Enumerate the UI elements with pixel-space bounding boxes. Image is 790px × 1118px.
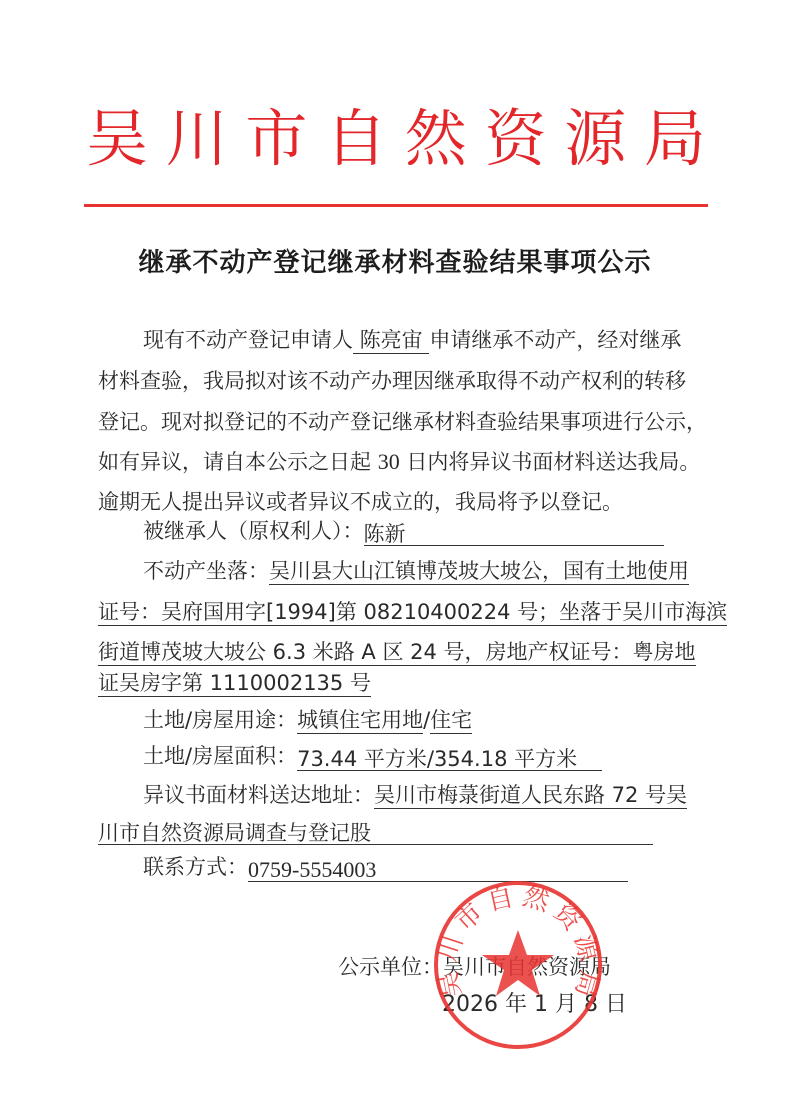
intro-line-5: 逾期无人提出异议或者异议不成立的，我局将予以登记。: [98, 487, 623, 517]
location-row-1: 不动产坐落：吴川县大山江镇博茂坡大坡公，国有土地使用: [143, 556, 689, 586]
publisher-row: 公示单位：吴川市自然资源局: [338, 952, 611, 982]
location-value-line: 证号：吴府国用字[1994]第 08210400224 号；坐落于吴川市海滨: [98, 600, 727, 626]
agency-masthead: 吴 川 市 自 然 资 源 局: [84, 98, 708, 180]
contact-value-field: 0759-5554003: [248, 855, 628, 882]
publish-date: 2026 年 1 月 8 日: [442, 990, 627, 1020]
area-row: 土地/房屋面积：73.44 平方米/354.18 平方米: [143, 741, 602, 771]
objection-address-row-2: 川市自然资源局调查与登记股: [98, 815, 653, 845]
decedent-value: 陈新: [364, 522, 406, 546]
location-value-line: 吴川县大山江镇博茂坡大坡公，国有土地使用: [269, 559, 689, 585]
masthead-char: 自: [323, 98, 389, 180]
intro-line-4: 如有异议，请自本公示之日起 30 日内将异议书面材料送达我局。: [98, 447, 700, 477]
masthead-char: 市: [243, 98, 309, 180]
decedent-row: 被继承人（原权利人）： 陈新: [143, 516, 664, 546]
objection-address-label: 异议书面材料送达地址：: [143, 783, 374, 807]
decedent-value-field: 陈新: [364, 519, 664, 546]
objection-address-value: 吴川市梅菉街道人民东路 72 号吴: [374, 783, 687, 809]
publisher-label: 公示单位：: [338, 955, 443, 979]
intro-text: 申请继承不动产，经对继承: [429, 328, 681, 352]
location-row-2: 证号：吴府国用字[1994]第 08210400224 号；坐落于吴川市海滨: [98, 597, 727, 627]
svg-text:吴川市自然资源局: 吴川市自然资源局: [432, 881, 605, 1006]
location-value-line: 证吴房字第 1110002135 号: [98, 671, 371, 697]
masthead-char: 源: [562, 98, 628, 180]
intro-text: 日内将异议书面材料送达我局。: [400, 450, 701, 474]
area-value-field: 73.44 平方米/354.18 平方米: [297, 744, 602, 771]
intro-text: 现有不动产登记申请人: [143, 328, 353, 352]
objection-address-value-field: 川市自然资源局调查与登记股: [98, 818, 653, 845]
decedent-label: 被继承人（原权利人）：: [143, 519, 364, 543]
area-value: 73.44 平方米/354.18 平方米: [297, 747, 577, 771]
building-usage-value: 住宅: [430, 708, 472, 734]
seal-ring-text: 吴川市自然资源局: [432, 881, 605, 1006]
location-label: 不动产坐落：: [143, 559, 269, 583]
area-label: 土地/房屋面积：: [143, 744, 297, 768]
masthead-char: 然: [403, 98, 469, 180]
objection-days: 30: [378, 449, 400, 474]
document-title: 继承不动产登记继承材料查验结果事项公示: [0, 242, 790, 279]
intro-text: 如有异议，请自本公示之日起: [98, 450, 378, 474]
notice-page: 吴 川 市 自 然 资 源 局 继承不动产登记继承材料查验结果事项公示 现有不动…: [0, 0, 790, 1118]
publisher-name: 吴川市自然资源局: [443, 955, 611, 979]
contact-label: 联系方式：: [143, 855, 248, 879]
objection-address-row-1: 异议书面材料送达地址：吴川市梅菉街道人民东路 72 号吴: [143, 780, 687, 810]
header-divider: [84, 204, 708, 207]
applicant-name: 陈亮宙: [353, 328, 429, 354]
masthead-char: 资: [483, 98, 549, 180]
usage-label: 土地/房屋用途：: [143, 708, 297, 732]
intro-line-2: 材料查验，我局拟对该不动产办理因继承取得不动产权利的转移: [98, 366, 686, 396]
masthead-char: 局: [642, 98, 708, 180]
usage-row: 土地/房屋用途：城镇住宅用地/住宅: [143, 705, 472, 735]
contact-row: 联系方式： 0759-5554003: [143, 852, 628, 882]
intro-line-1: 现有不动产登记申请人 陈亮宙 申请继承不动产，经对继承: [143, 325, 681, 355]
location-value-line: 街道博茂坡大坡公 6.3 米路 A 区 24 号，房地产权证号：粤房地: [98, 640, 696, 666]
masthead-char: 川: [164, 98, 230, 180]
location-row-4: 证吴房字第 1110002135 号: [98, 668, 371, 698]
intro-line-3: 登记。现对拟登记的不动产登记继承材料查验结果事项进行公示，: [98, 407, 707, 437]
location-row-3: 街道博茂坡大坡公 6.3 米路 A 区 24 号，房地产权证号：粤房地: [98, 637, 696, 667]
contact-phone: 0759-5554003: [248, 857, 376, 882]
land-usage-value: 城镇住宅用地: [297, 708, 423, 734]
objection-address-value: 川市自然资源局调查与登记股: [98, 821, 371, 845]
masthead-char: 吴: [84, 98, 150, 180]
